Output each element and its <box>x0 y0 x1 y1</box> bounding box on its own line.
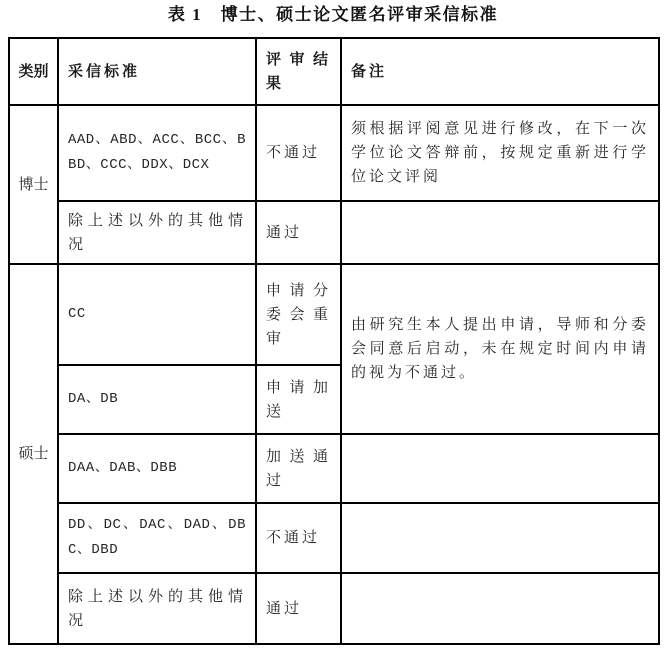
header-row: 类别 采信标准 评审结果 备注 <box>9 38 659 105</box>
remark-cell-doctoral-pass <box>341 201 659 264</box>
category-cell-master: 硕士 <box>9 264 58 644</box>
result-cell-doctoral-pass: 通过 <box>256 201 341 264</box>
criteria-cell-master-pass: 除上述以外的其他情况 <box>58 573 256 644</box>
header-cell-category: 类别 <box>9 38 58 105</box>
table-row-master-pass: 除上述以外的其他情况 通过 <box>9 573 659 644</box>
result-cell-master-recheck: 申请分委会重审 <box>256 264 341 365</box>
header-cell-result: 评审结果 <box>256 38 341 105</box>
criteria-cell-doctoral-pass: 除上述以外的其他情况 <box>58 201 256 264</box>
remark-cell-master-extra-pass <box>341 434 659 503</box>
criteria-cell-master-fail: DD、DC、DAC、DAD、DBC、DBD <box>58 503 256 573</box>
remark-cell-master-apply: 由研究生本人提出申请，导师和分委会同意后启动，未在规定时间内申请的视为不通过。 <box>341 264 659 434</box>
header-cell-criteria: 采信标准 <box>58 38 256 105</box>
remark-cell-doctoral-fail: 须根据评阅意见进行修改，在下一次学位论文答辩前，按规定重新进行学位论文评阅 <box>341 105 659 201</box>
table-title: 表 1 博士、硕士论文匿名评审采信标准 <box>8 4 658 26</box>
criteria-cell-master-extra-send: DA、DB <box>58 365 256 434</box>
result-cell-master-pass: 通过 <box>256 573 341 644</box>
table-row-master-fail: DD、DC、DAC、DAD、DBC、DBD 不通过 <box>9 503 659 573</box>
header-cell-remark: 备注 <box>341 38 659 105</box>
category-cell-doctoral: 博士 <box>9 105 58 264</box>
criteria-cell-doctoral-fail: AAD、ABD、ACC、BCC、BBD、CCC、DDX、DCX <box>58 105 256 201</box>
result-cell-master-fail: 不通过 <box>256 503 341 573</box>
remark-cell-master-fail <box>341 503 659 573</box>
review-criteria-table: 类别 采信标准 评审结果 备注 博士 AAD、ABD、ACC、BCC、BBD、C… <box>8 37 660 645</box>
table-row-master-extra-pass: DAA、DAB、DBB 加送通过 <box>9 434 659 503</box>
criteria-cell-master-recheck: CC <box>58 264 256 365</box>
table-row-master-recheck: 硕士 CC 申请分委会重审 由研究生本人提出申请，导师和分委会同意后启动，未在规… <box>9 264 659 365</box>
result-cell-master-extra-send: 申请加送 <box>256 365 341 434</box>
table-row-doctoral-fail: 博士 AAD、ABD、ACC、BCC、BBD、CCC、DDX、DCX 不通过 须… <box>9 105 659 201</box>
remark-cell-master-pass <box>341 573 659 644</box>
result-cell-doctoral-fail: 不通过 <box>256 105 341 201</box>
criteria-cell-master-extra-pass: DAA、DAB、DBB <box>58 434 256 503</box>
result-cell-master-extra-pass: 加送通过 <box>256 434 341 503</box>
document-page: 表 1 博士、硕士论文匿名评审采信标准 类别 采信标准 评审结果 备注 博士 A… <box>0 0 670 645</box>
table-row-doctoral-pass: 除上述以外的其他情况 通过 <box>9 201 659 264</box>
